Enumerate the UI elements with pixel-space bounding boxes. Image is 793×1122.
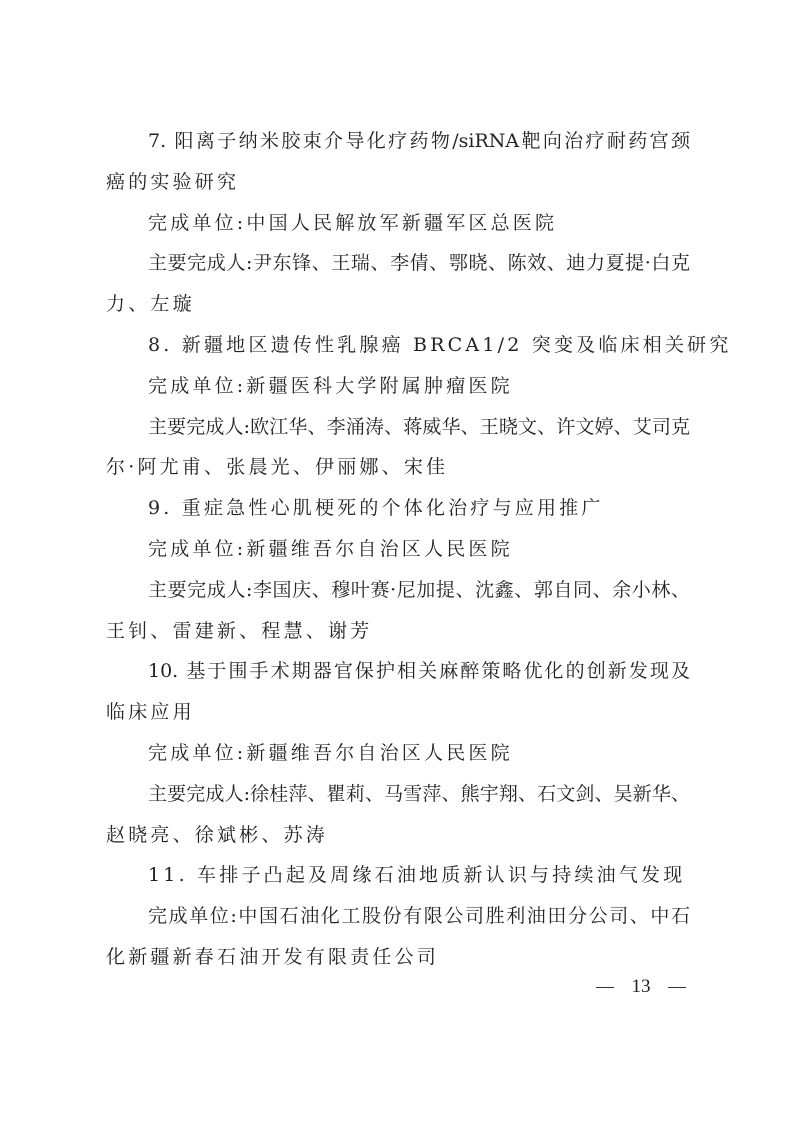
main-contributors: 主要完成人:欧江华、李涌涛、蒋威华、王晓文、许文婷、艾司克 bbox=[106, 407, 690, 448]
completion-unit: 完成单位:中国石油化工股份有限公司胜利油田分公司、中石 bbox=[106, 896, 690, 937]
completion-unit: 完成单位:新疆医科大学附属肿瘤医院 bbox=[106, 366, 690, 407]
entry-title: 7. 阳离子纳米胶束介导化疗药物/siRNA靶向治疗耐药宫颈 bbox=[106, 121, 690, 162]
document-body: 7. 阳离子纳米胶束介导化疗药物/siRNA靶向治疗耐药宫颈 癌的实验研究 完成… bbox=[106, 121, 690, 978]
entry-title: 9. 重症急性心肌梗死的个体化治疗与应用推广 bbox=[106, 488, 690, 529]
completion-unit: 完成单位:新疆维吾尔自治区人民医院 bbox=[106, 529, 690, 570]
main-contributors-continuation: 尔·阿尤甫、张晨光、伊丽娜、宋佳 bbox=[106, 447, 690, 488]
entry-title-continuation: 癌的实验研究 bbox=[106, 162, 690, 203]
entry-title: 10. 基于围手术期器官保护相关麻醉策略优化的创新发现及 bbox=[106, 651, 690, 692]
entry-title: 11. 车排子凸起及周缘石油地质新认识与持续油气发现 bbox=[106, 855, 690, 896]
entry-title-continuation: 临床应用 bbox=[106, 692, 690, 733]
dash-left bbox=[596, 987, 614, 988]
page-number-value: 13 bbox=[632, 976, 651, 998]
main-contributors-continuation: 赵晓亮、徐斌彬、苏涛 bbox=[106, 815, 690, 856]
main-contributors: 主要完成人:徐桂萍、瞿莉、马雪萍、熊宇翔、石文剑、吴新华、 bbox=[106, 774, 690, 815]
entry-title: 8. 新疆地区遗传性乳腺癌 BRCA1/2 突变及临床相关研究 bbox=[106, 325, 690, 366]
page-number: 13 bbox=[596, 976, 686, 998]
dash-right bbox=[668, 987, 686, 988]
main-contributors-continuation: 王钊、雷建新、程慧、谢芳 bbox=[106, 611, 690, 652]
main-contributors-continuation: 力、左璇 bbox=[106, 284, 690, 325]
completion-unit-continuation: 化新疆新春石油开发有限责任公司 bbox=[106, 937, 690, 978]
completion-unit: 完成单位:新疆维吾尔自治区人民医院 bbox=[106, 733, 690, 774]
completion-unit: 完成单位:中国人民解放军新疆军区总医院 bbox=[106, 203, 690, 244]
main-contributors: 主要完成人:李国庆、穆叶赛·尼加提、沈鑫、郭自同、余小林、 bbox=[106, 570, 690, 611]
main-contributors: 主要完成人:尹东锋、王瑞、李倩、鄂晓、陈效、迪力夏提·白克 bbox=[106, 243, 690, 284]
